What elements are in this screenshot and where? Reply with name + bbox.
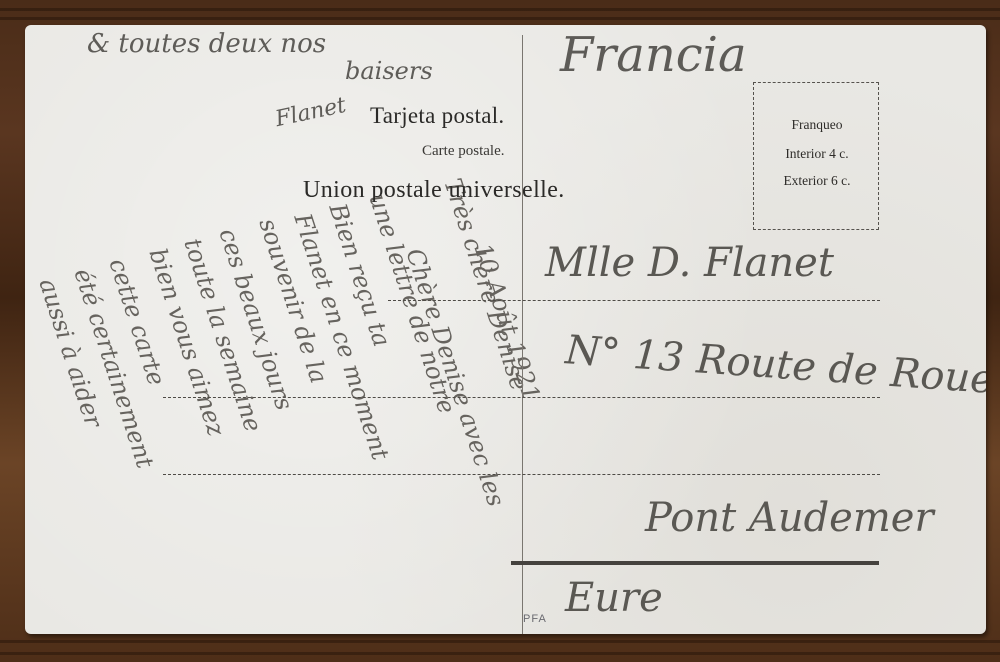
address-street: N° 13 Route de Rouen [564,327,986,405]
address-recipient: Mlle D. Flanet [545,240,834,286]
address-line-2 [163,397,880,398]
stamp-franqueo: Franqueo [754,117,880,133]
address-department: Eure [565,575,663,621]
stamp-interior: Interior 4 c. [754,146,880,162]
message-top-line-2: baisers [345,57,433,85]
wood-grain [0,652,1000,655]
printed-title: Tarjeta postal. [370,103,504,129]
center-divider [522,35,523,634]
wood-grain [0,8,1000,11]
address-line-1 [388,300,880,301]
stamp-exterior: Exterior 6 c. [754,173,880,189]
message-top-line-1: & toutes deux nos [87,29,326,59]
address-city: Pont Audemer [645,495,934,541]
wood-grain [0,640,1000,643]
wood-grain [0,17,1000,20]
printed-subtitle: Carte postale. [422,143,504,160]
message-top-line-3: Flanet [273,93,348,132]
address-country: Francia [560,27,747,83]
address-line-4 [511,561,879,565]
stamp-box: Franqueo Interior 4 c. Exterior 6 c. [753,82,879,230]
address-line-3 [163,474,880,475]
postcard: & toutes deux nos baisers Flanet 10 Août… [25,25,986,634]
printed-union: Union postale universelle. [303,177,565,204]
pencil-note: PFA [523,613,547,625]
